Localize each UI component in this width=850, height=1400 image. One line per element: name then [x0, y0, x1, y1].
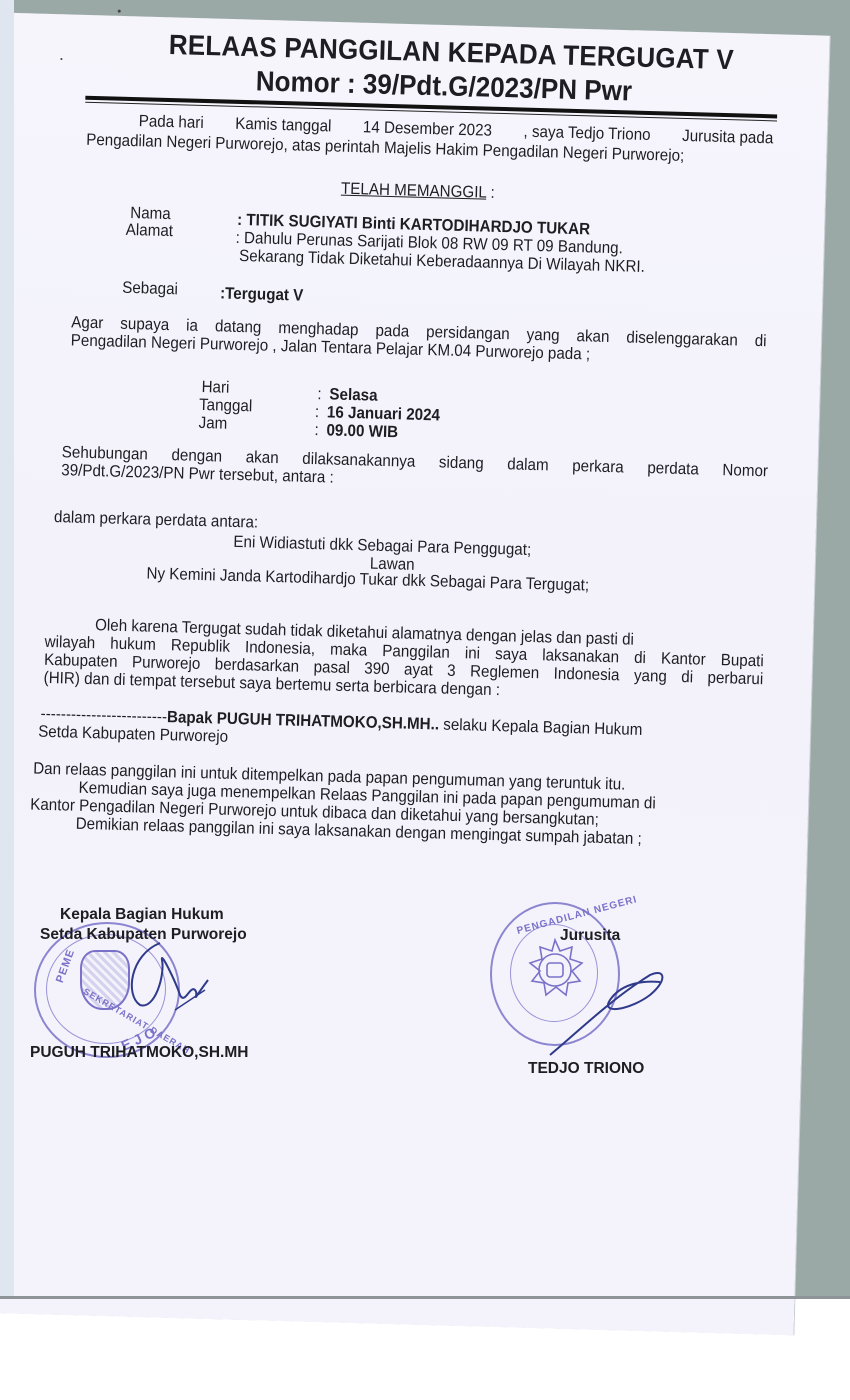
summoned-heading-block: TELAH MEMANGGIL : — [341, 180, 495, 203]
reason-word: di — [634, 649, 646, 668]
attend-word: akan — [576, 327, 609, 347]
regarding-word: perdata — [647, 459, 699, 479]
scan-speck — [60, 58, 62, 60]
heading-colon: : — [486, 184, 495, 202]
intro-word: 14 Desember 2023 — [363, 118, 493, 140]
as-value: :Tergugat V — [220, 284, 304, 305]
regarding-word: Nomor — [722, 461, 768, 481]
met-role: selaku Kepala Bagian Hukum — [439, 716, 643, 739]
hearing-day-colon: : — [317, 385, 322, 404]
reason-word: maka — [330, 641, 368, 661]
reason-word: perbarui — [707, 669, 763, 689]
scan-speck — [118, 10, 121, 13]
attend-word: pada — [375, 322, 409, 342]
regarding-word: dalam — [507, 455, 549, 475]
left-signature-icon — [120, 935, 210, 1015]
right-signer-title: Jurusita — [560, 927, 620, 945]
reason-word: Bupati — [720, 651, 764, 671]
attend-word: diselenggarakan — [626, 328, 738, 350]
regarding-word: akan — [245, 448, 278, 468]
address-label: Alamat — [126, 221, 174, 241]
left-signer-name: PUGUH TRIHATMOKO,SH.MH — [30, 1044, 248, 1062]
reason-word: Kantor — [661, 649, 706, 669]
hearing-time-colon: : — [314, 421, 319, 440]
intro-word: Kamis tanggal — [235, 115, 332, 137]
reason-word: ayat — [404, 661, 433, 681]
reason-word: pasal — [313, 658, 350, 678]
document-title: RELAAS PANGGILAN KEPADA TERGUGAT V — [168, 29, 734, 76]
reason-word: 3 — [447, 662, 456, 681]
as-label: Sebagai — [122, 279, 178, 300]
reason-word: Indonesia — [553, 665, 619, 686]
hearing-date-colon: : — [315, 403, 320, 422]
hearing-day-label: Hari — [201, 378, 229, 398]
reason-word: yang — [634, 667, 667, 687]
hearing-time-value: 09.00 WIB — [326, 421, 398, 442]
regarding-word: sidang — [439, 453, 484, 473]
reason-word: saya — [495, 645, 528, 665]
hearing-time-label: Jam — [198, 414, 227, 434]
attend-word: di — [754, 332, 766, 351]
right-signature-icon — [540, 970, 670, 1060]
intro-word: , saya Tedjo Triono — [523, 123, 651, 145]
left-signer-title-1: Kepala Bagian Hukum — [60, 906, 224, 924]
defendants: Ny Kemini Janda Kartodihardjo Tukar dkk … — [146, 565, 589, 596]
reason-word: ini — [465, 644, 481, 663]
right-signer-name: TEDJO TRIONO — [528, 1060, 644, 1078]
summoned-heading: TELAH MEMANGGIL — [341, 180, 487, 202]
attend-word: Agar — [71, 313, 104, 333]
met-role-line-2: Setda Kabupaten Purworejo — [38, 723, 228, 747]
attend-word: yang — [526, 326, 559, 346]
case-intro: dalam perkara perdata antara: — [54, 508, 259, 533]
intro-word: Pada hari — [138, 112, 203, 133]
reason-word: di — [681, 668, 693, 687]
attend-word: ia — [186, 317, 198, 336]
intro-word: Jurusita pada — [682, 127, 774, 148]
regarding-word: perkara — [572, 457, 624, 477]
document-content: RELAAS PANGGILAN KEPADA TERGUGAT V Nomor… — [0, 0, 850, 1321]
reason-word: 390 — [364, 659, 390, 679]
